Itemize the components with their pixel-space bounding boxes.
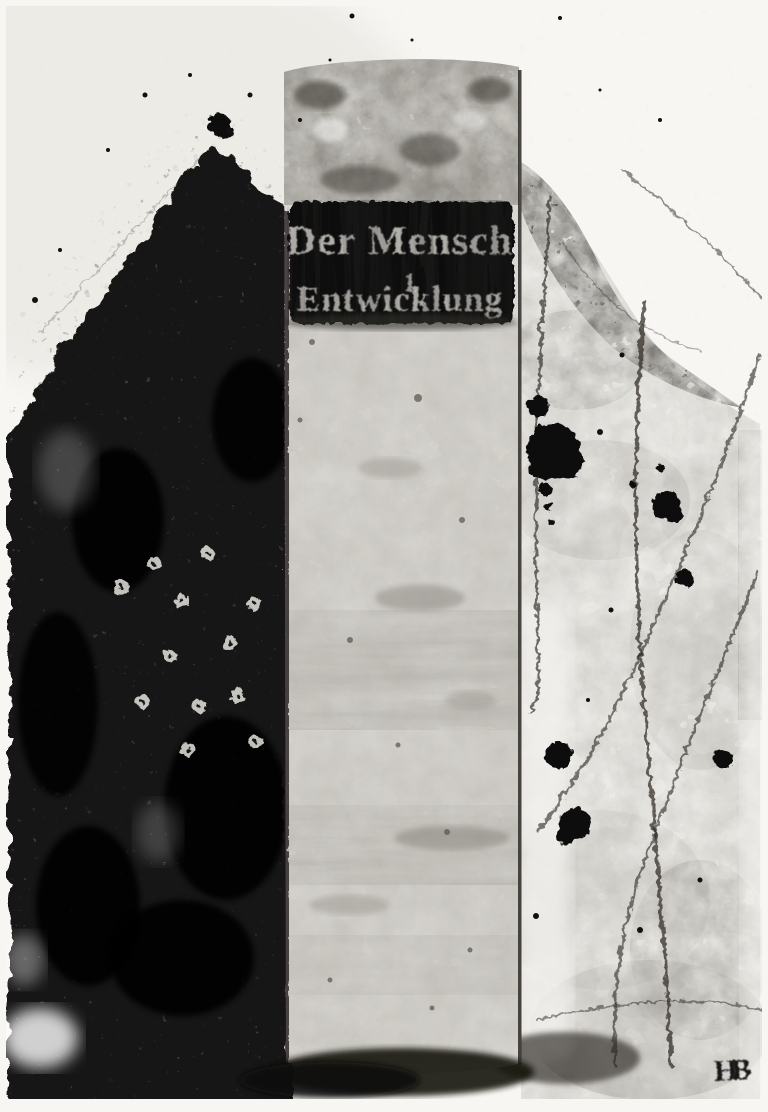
margin-bottom <box>0 1099 768 1112</box>
cap-dark-clump <box>400 134 460 166</box>
flower-spot <box>229 687 243 701</box>
dark-patch <box>110 900 254 1016</box>
spatter-dot <box>188 73 192 77</box>
spine-smudge <box>358 458 422 478</box>
spine-speck <box>459 517 465 523</box>
spine-speck <box>396 743 401 748</box>
spatter-dot <box>329 59 332 62</box>
spatter-dot <box>637 927 643 933</box>
spine-speck <box>347 637 353 643</box>
flower-spot <box>179 741 193 755</box>
spine-speck <box>430 1006 435 1011</box>
spine-label: Der Mensch 1 Entwicklung <box>282 200 518 330</box>
spatter-dot <box>32 297 38 303</box>
worn-light-patch <box>38 430 94 510</box>
spine-streak-band <box>286 935 518 995</box>
spatter-dot <box>599 89 602 92</box>
spine-smudge <box>310 895 390 915</box>
spatter-dot <box>248 93 253 98</box>
flower-spot <box>161 647 175 661</box>
worn-light-patch <box>136 802 180 862</box>
ink-blot <box>711 747 731 767</box>
spine-base-shadow <box>240 1062 420 1098</box>
ink-blot <box>674 567 692 585</box>
spatter-dot <box>586 698 590 702</box>
spatter-dot <box>106 148 110 152</box>
spatter-dot <box>558 16 562 20</box>
spatter-dot <box>658 118 662 122</box>
spatter-dot <box>609 608 614 613</box>
spatter-dot <box>350 14 355 19</box>
spine-top-cap <box>284 59 519 205</box>
flower-spot <box>173 593 187 607</box>
spine-speck <box>414 394 422 402</box>
ink-blot-drip <box>546 517 552 523</box>
worn-light-patch <box>4 934 44 986</box>
label-bottom-wear <box>282 314 518 330</box>
dark-patch <box>18 612 98 796</box>
dark-patch <box>212 358 292 482</box>
ink-blot <box>550 444 582 476</box>
spine-smudge <box>375 585 465 611</box>
spatter-dot <box>620 353 625 358</box>
book-spine: Der Mensch 1 Entwicklung <box>240 59 534 1098</box>
ink-blot <box>654 462 662 470</box>
spine-left-edge <box>282 208 288 1060</box>
spine-right-edge <box>518 70 522 1065</box>
flower-spot <box>133 693 147 707</box>
ink-blot <box>556 825 574 843</box>
spine-speck <box>298 418 303 423</box>
ink-blot-drip <box>543 501 551 509</box>
spine-smudge <box>445 691 495 709</box>
cap-light-hole <box>454 110 486 130</box>
flower-spot <box>191 697 205 711</box>
flower-spot <box>145 555 159 569</box>
spatter-dot <box>597 429 603 435</box>
ink-blot <box>543 739 571 767</box>
cap-light-hole <box>312 118 348 142</box>
spine-smudge <box>394 826 510 850</box>
ink-blot <box>663 503 681 521</box>
cap-dark-clump <box>294 81 346 109</box>
label-wear-streaks <box>287 200 512 322</box>
spine-speck <box>444 829 450 835</box>
spatter-dot <box>698 878 703 883</box>
ink-blot <box>528 454 552 478</box>
worn-light-patch <box>2 1008 78 1068</box>
spatter-dot <box>58 248 62 252</box>
margin-right <box>762 0 768 1112</box>
ink-blot-drip <box>536 480 550 494</box>
artwork-page: Der Mensch 1 Entwicklung <box>0 0 768 1112</box>
spatter-dot <box>143 93 148 98</box>
cap-dark-clump <box>320 166 400 194</box>
spatter-dot <box>533 913 539 919</box>
spatter-dot <box>298 118 302 122</box>
spatter-dot <box>411 39 414 42</box>
flower-spot <box>247 733 261 747</box>
ink-blot <box>526 394 548 416</box>
flower-spot <box>221 635 235 649</box>
flower-spot <box>245 595 259 609</box>
spine-streak-band <box>286 610 518 730</box>
ink-blot <box>628 479 635 486</box>
margin-top <box>0 0 768 6</box>
spine-speck <box>328 978 333 983</box>
cap-dark-clump <box>468 78 512 102</box>
margin-left <box>0 0 6 1112</box>
flower-spot <box>113 578 127 592</box>
flower-spot <box>199 545 213 559</box>
artwork-canvas: Der Mensch 1 Entwicklung <box>0 0 768 1112</box>
spine-speck <box>309 339 315 345</box>
mottle-cloud <box>505 310 645 410</box>
spine-speck <box>468 948 473 953</box>
